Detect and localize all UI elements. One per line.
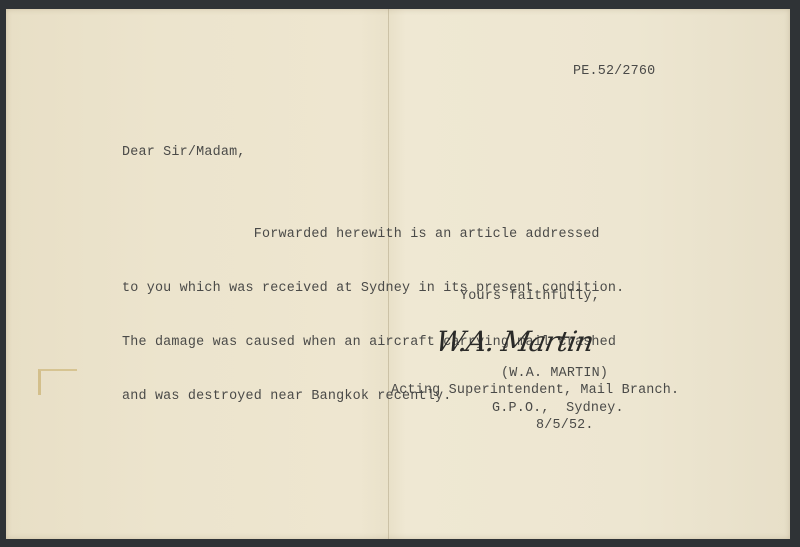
- rust-stain-mark: [38, 369, 77, 395]
- signatory-name: (W.A. MARTIN): [501, 366, 608, 382]
- signatory-title: Acting Superintendent, Mail Branch.: [391, 383, 679, 399]
- letter-date: 8/5/52.: [536, 418, 594, 434]
- signatory-place: G.P.O., Sydney.: [492, 401, 624, 417]
- closing: Yours faithfully,: [460, 289, 600, 305]
- salutation: Dear Sir/Madam,: [122, 145, 246, 161]
- handwritten-signature: W.A. Martin: [433, 325, 596, 358]
- scanned-document: PE.52/2760 Dear Sir/Madam, Forwarded her…: [0, 0, 800, 547]
- body-line: Forwarded herewith is an article address…: [122, 226, 624, 244]
- reference-number: PE.52/2760: [573, 64, 655, 80]
